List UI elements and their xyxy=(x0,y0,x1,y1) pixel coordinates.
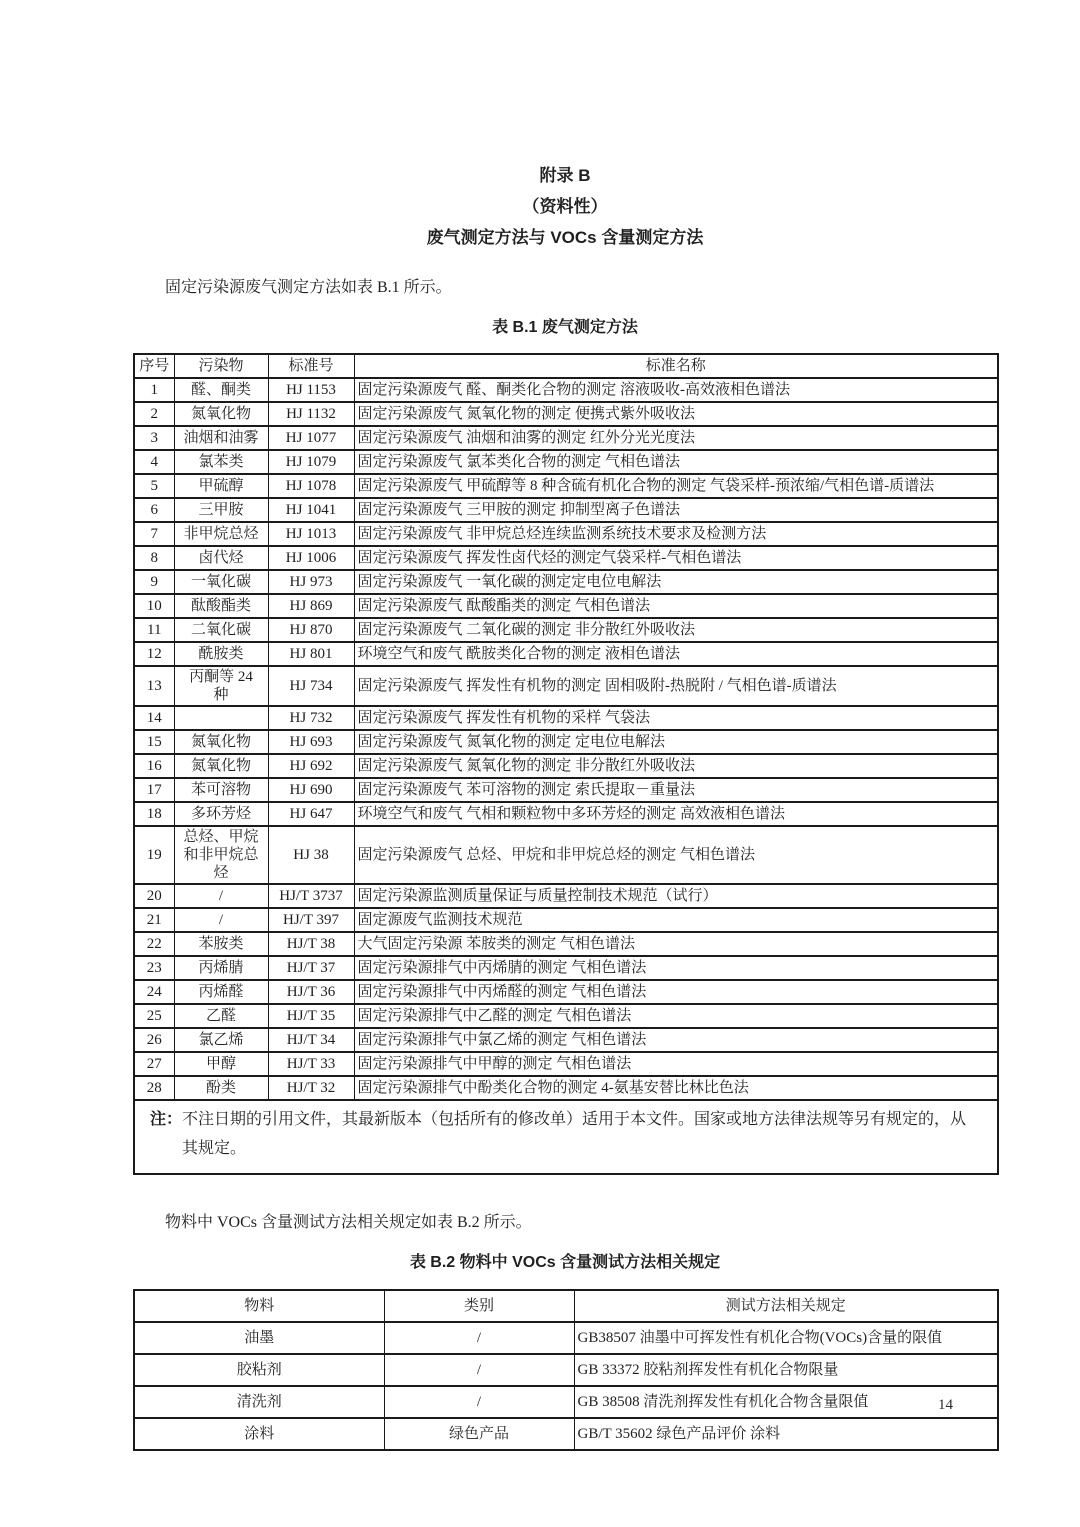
cell-seq: 14 xyxy=(134,706,174,730)
cell-material: 胶粘剂 xyxy=(134,1354,384,1386)
cell-seq: 12 xyxy=(134,642,174,666)
cell-standard-name: 固定污染源废气 总烃、甲烷和非甲烷总烃的测定 气相色谱法 xyxy=(354,826,998,884)
table-b2: 物料 类别 测试方法相关规定 油墨 / GB38507 油墨中可挥发性有机化合物… xyxy=(133,1289,999,1451)
cell-seq: 6 xyxy=(134,498,174,522)
cell-regulation: GB/T 35602 绿色产品评价 涂料 xyxy=(574,1418,998,1450)
cell-seq: 20 xyxy=(134,884,174,908)
table-row: 18 多环芳烃 HJ 647 环境空气和废气 气相和颗粒物中多环芳烃的测定 高效… xyxy=(134,802,998,826)
cell-pollutant: 多环芳烃 xyxy=(174,802,268,826)
cell-pollutant: 酰胺类 xyxy=(174,642,268,666)
cell-seq: 11 xyxy=(134,618,174,642)
cell-seq: 16 xyxy=(134,754,174,778)
cell-standard-name: 固定污染源排气中甲醇的测定 气相色谱法 xyxy=(354,1052,998,1076)
table1-header-standard-name: 标准名称 xyxy=(354,354,998,378)
cell-standard-no: HJ/T 33 xyxy=(268,1052,354,1076)
cell-pollutant: 乙醛 xyxy=(174,1004,268,1028)
table-row: 16 氮氧化物 HJ 692 固定污染源废气 氮氧化物的测定 非分散红外吸收法 xyxy=(134,754,998,778)
cell-standard-no: HJ 38 xyxy=(268,826,354,884)
cell-standard-no: HJ 692 xyxy=(268,754,354,778)
cell-pollutant: 氮氧化物 xyxy=(174,754,268,778)
table2-title: 表 B.2 物料中 VOCs 含量测试方法相关规定 xyxy=(133,1253,997,1273)
cell-standard-name: 固定污染源废气 氮氧化物的测定 定电位电解法 xyxy=(354,730,998,754)
cell-pollutant: 二氧化碳 xyxy=(174,618,268,642)
cell-standard-name: 固定污染源废气 苯可溶物的测定 索氏提取－重量法 xyxy=(354,778,998,802)
cell-standard-no: HJ 690 xyxy=(268,778,354,802)
cell-pollutant: 丙酮等 24 种 xyxy=(174,666,268,706)
cell-seq: 26 xyxy=(134,1028,174,1052)
cell-pollutant: / xyxy=(174,908,268,932)
cell-standard-no: HJ 801 xyxy=(268,642,354,666)
cell-standard-name: 固定污染源废气 氮氧化物的测定 非分散红外吸收法 xyxy=(354,754,998,778)
cell-standard-name: 固定污染源废气 油烟和油雾的测定 红外分光光度法 xyxy=(354,426,998,450)
cell-standard-no: HJ 647 xyxy=(268,802,354,826)
cell-standard-no: HJ 1013 xyxy=(268,522,354,546)
cell-seq: 8 xyxy=(134,546,174,570)
cell-standard-no: HJ/T 397 xyxy=(268,908,354,932)
cell-standard-name: 固定污染源废气 氯苯类化合物的测定 气相色谱法 xyxy=(354,450,998,474)
appendix-label: 附录 B xyxy=(133,166,997,186)
cell-seq: 27 xyxy=(134,1052,174,1076)
cell-standard-name: 环境空气和废气 酰胺类化合物的测定 液相色谱法 xyxy=(354,642,998,666)
cell-seq: 1 xyxy=(134,378,174,402)
cell-standard-name: 固定污染源废气 酞酸酯类的测定 气相色谱法 xyxy=(354,594,998,618)
table-row: 2 氮氧化物 HJ 1132 固定污染源废气 氮氧化物的测定 便携式紫外吸收法 xyxy=(134,402,998,426)
table1-note-section: 注：不注日期的引用文件，其最新版本（包括所有的修改单）适用于本文件。国家或地方法… xyxy=(134,1100,998,1174)
table-row: 19 总烃、甲烷和非甲烷总烃 HJ 38 固定污染源废气 总烃、甲烷和非甲烷总烃… xyxy=(134,826,998,884)
table1-header-standard-no: 标准号 xyxy=(268,354,354,378)
cell-standard-name: 固定污染源排气中酚类化合物的测定 4-氨基安替比林比色法 xyxy=(354,1076,998,1100)
cell-standard-no: HJ/T 3737 xyxy=(268,884,354,908)
cell-standard-no: HJ/T 35 xyxy=(268,1004,354,1028)
table-row: 1 醛、酮类 HJ 1153 固定污染源废气 醛、酮类化合物的测定 溶液吸收-高… xyxy=(134,378,998,402)
cell-standard-name: 固定污染源废气 非甲烷总烃连续监测系统技术要求及检测方法 xyxy=(354,522,998,546)
table1-body: 1 醛、酮类 HJ 1153 固定污染源废气 醛、酮类化合物的测定 溶液吸收-高… xyxy=(134,378,998,1100)
cell-pollutant xyxy=(174,706,268,730)
cell-seq: 7 xyxy=(134,522,174,546)
table-row: 21 / HJ/T 397 固定源废气监测技术规范 xyxy=(134,908,998,932)
cell-standard-name: 固定污染源排气中乙醛的测定 气相色谱法 xyxy=(354,1004,998,1028)
table-row: 23 丙烯腈 HJ/T 37 固定污染源排气中丙烯腈的测定 气相色谱法 xyxy=(134,956,998,980)
cell-pollutant: 醛、酮类 xyxy=(174,378,268,402)
cell-standard-no: HJ/T 34 xyxy=(268,1028,354,1052)
table1-header-pollutant: 污染物 xyxy=(174,354,268,378)
cell-standard-name: 固定污染源排气中丙烯醛的测定 气相色谱法 xyxy=(354,980,998,1004)
page-number: 14 xyxy=(938,1396,953,1414)
cell-seq: 4 xyxy=(134,450,174,474)
cell-standard-no: HJ 869 xyxy=(268,594,354,618)
cell-pollutant: 苯胺类 xyxy=(174,932,268,956)
table-row: 10 酞酸酯类 HJ 869 固定污染源废气 酞酸酯类的测定 气相色谱法 xyxy=(134,594,998,618)
document-page: 附录 B （资料性） 废气测定方法与 VOCs 含量测定方法 固定污染源废气测定… xyxy=(0,0,1080,1527)
cell-standard-no: HJ/T 37 xyxy=(268,956,354,980)
cell-standard-no: HJ/T 38 xyxy=(268,932,354,956)
cell-standard-name: 固定污染源监测质量保证与质量控制技术规范（试行） xyxy=(354,884,998,908)
cell-standard-no: HJ 1153 xyxy=(268,378,354,402)
cell-seq: 15 xyxy=(134,730,174,754)
cell-pollutant: 氮氧化物 xyxy=(174,730,268,754)
table-row: 5 甲硫醇 HJ 1078 固定污染源废气 甲硫醇等 8 种含硫有机化合物的测定… xyxy=(134,474,998,498)
cell-pollutant: 油烟和油雾 xyxy=(174,426,268,450)
cell-standard-no: HJ 973 xyxy=(268,570,354,594)
cell-pollutant: 氯乙烯 xyxy=(174,1028,268,1052)
cell-standard-name: 固定污染源废气 三甲胺的测定 抑制型离子色谱法 xyxy=(354,498,998,522)
table1-note-row: 注：不注日期的引用文件，其最新版本（包括所有的修改单）适用于本文件。国家或地方法… xyxy=(134,1100,998,1174)
cell-pollutant: 一氧化碳 xyxy=(174,570,268,594)
table-row: 11 二氧化碳 HJ 870 固定污染源废气 二氧化碳的测定 非分散红外吸收法 xyxy=(134,618,998,642)
intro-paragraph-table1: 固定污染源废气测定方法如表 B.1 所示。 xyxy=(133,278,997,298)
cell-standard-no: HJ 734 xyxy=(268,666,354,706)
cell-seq: 17 xyxy=(134,778,174,802)
cell-seq: 9 xyxy=(134,570,174,594)
table1-title: 表 B.1 废气测定方法 xyxy=(133,318,997,338)
table2-header-material: 物料 xyxy=(134,1290,384,1322)
cell-standard-no: HJ 870 xyxy=(268,618,354,642)
cell-pollutant: 氯苯类 xyxy=(174,450,268,474)
cell-seq: 13 xyxy=(134,666,174,706)
cell-seq: 24 xyxy=(134,980,174,1004)
table1-header-seq: 序号 xyxy=(134,354,174,378)
cell-standard-name: 固定污染源排气中丙烯腈的测定 气相色谱法 xyxy=(354,956,998,980)
cell-standard-name: 固定污染源废气 挥发性有机物的测定 固相吸附-热脱附 / 气相色谱-质谱法 xyxy=(354,666,998,706)
table-row: 27 甲醇 HJ/T 33 固定污染源排气中甲醇的测定 气相色谱法 xyxy=(134,1052,998,1076)
cell-standard-no: HJ 1132 xyxy=(268,402,354,426)
table-row: 17 苯可溶物 HJ 690 固定污染源废气 苯可溶物的测定 索氏提取－重量法 xyxy=(134,778,998,802)
cell-standard-name: 大气固定污染源 苯胺类的测定 气相色谱法 xyxy=(354,932,998,956)
cell-standard-name: 固定污染源废气 醛、酮类化合物的测定 溶液吸收-高效液相色谱法 xyxy=(354,378,998,402)
table-row: 7 非甲烷总烃 HJ 1013 固定污染源废气 非甲烷总烃连续监测系统技术要求及… xyxy=(134,522,998,546)
table-row: 24 丙烯醛 HJ/T 36 固定污染源排气中丙烯醛的测定 气相色谱法 xyxy=(134,980,998,1004)
cell-pollutant: 丙烯醛 xyxy=(174,980,268,1004)
cell-material: 油墨 xyxy=(134,1322,384,1354)
cell-seq: 21 xyxy=(134,908,174,932)
cell-category: / xyxy=(384,1386,574,1418)
cell-pollutant: 甲醇 xyxy=(174,1052,268,1076)
cell-standard-name: 固定污染源废气 一氧化碳的测定定电位电解法 xyxy=(354,570,998,594)
cell-standard-name: 固定污染源废气 挥发性有机物的采样 气袋法 xyxy=(354,706,998,730)
table-row: 12 酰胺类 HJ 801 环境空气和废气 酰胺类化合物的测定 液相色谱法 xyxy=(134,642,998,666)
cell-standard-no: HJ 732 xyxy=(268,706,354,730)
cell-material: 涂料 xyxy=(134,1418,384,1450)
cell-category: 绿色产品 xyxy=(384,1418,574,1450)
table-row: 26 氯乙烯 HJ/T 34 固定污染源排气中氯乙烯的测定 气相色谱法 xyxy=(134,1028,998,1052)
cell-standard-no: HJ/T 36 xyxy=(268,980,354,1004)
cell-standard-no: HJ/T 32 xyxy=(268,1076,354,1100)
table-row: 油墨 / GB38507 油墨中可挥发性有机化合物(VOCs)含量的限值 xyxy=(134,1322,998,1354)
table2-header-category: 类别 xyxy=(384,1290,574,1322)
cell-standard-name: 固定污染源排气中氯乙烯的测定 气相色谱法 xyxy=(354,1028,998,1052)
cell-pollutant: 甲硫醇 xyxy=(174,474,268,498)
table-row: 清洗剂 / GB 38508 清洗剂挥发性有机化合物含量限值 xyxy=(134,1386,998,1418)
appendix-informative-label: （资料性） xyxy=(133,197,997,217)
table-row: 13 丙酮等 24 种 HJ 734 固定污染源废气 挥发性有机物的测定 固相吸… xyxy=(134,666,998,706)
note-text: 不注日期的引用文件，其最新版本（包括所有的修改单）适用于本文件。国家或地方法律法… xyxy=(182,1105,970,1163)
table2-body: 油墨 / GB38507 油墨中可挥发性有机化合物(VOCs)含量的限值 胶粘剂… xyxy=(134,1322,998,1450)
table1-note: 注：不注日期的引用文件，其最新版本（包括所有的修改单）适用于本文件。国家或地方法… xyxy=(150,1105,989,1163)
table-row: 20 / HJ/T 3737 固定污染源监测质量保证与质量控制技术规范（试行） xyxy=(134,884,998,908)
table1-note-cell: 注：不注日期的引用文件，其最新版本（包括所有的修改单）适用于本文件。国家或地方法… xyxy=(134,1100,998,1174)
cell-standard-name: 固定污染源废气 甲硫醇等 8 种含硫有机化合物的测定 气袋采样-预浓缩/气相色谱… xyxy=(354,474,998,498)
table-row: 28 酚类 HJ/T 32 固定污染源排气中酚类化合物的测定 4-氨基安替比林比… xyxy=(134,1076,998,1100)
cell-standard-name: 固定污染源废气 二氧化碳的测定 非分散红外吸收法 xyxy=(354,618,998,642)
cell-standard-name: 固定污染源废气 挥发性卤代烃的测定气袋采样-气相色谱法 xyxy=(354,546,998,570)
table-row: 4 氯苯类 HJ 1079 固定污染源废气 氯苯类化合物的测定 气相色谱法 xyxy=(134,450,998,474)
cell-pollutant: 总烃、甲烷和非甲烷总烃 xyxy=(174,826,268,884)
cell-regulation: GB38507 油墨中可挥发性有机化合物(VOCs)含量的限值 xyxy=(574,1322,998,1354)
cell-standard-no: HJ 1077 xyxy=(268,426,354,450)
cell-seq: 2 xyxy=(134,402,174,426)
table-row: 22 苯胺类 HJ/T 38 大气固定污染源 苯胺类的测定 气相色谱法 xyxy=(134,932,998,956)
cell-seq: 25 xyxy=(134,1004,174,1028)
table-row: 8 卤代烃 HJ 1006 固定污染源废气 挥发性卤代烃的测定气袋采样-气相色谱… xyxy=(134,546,998,570)
cell-pollutant: 苯可溶物 xyxy=(174,778,268,802)
cell-category: / xyxy=(384,1354,574,1386)
table-row: 6 三甲胺 HJ 1041 固定污染源废气 三甲胺的测定 抑制型离子色谱法 xyxy=(134,498,998,522)
cell-category: / xyxy=(384,1322,574,1354)
table-row: 14 HJ 732 固定污染源废气 挥发性有机物的采样 气袋法 xyxy=(134,706,998,730)
table-row: 9 一氧化碳 HJ 973 固定污染源废气 一氧化碳的测定定电位电解法 xyxy=(134,570,998,594)
cell-regulation: GB 38508 清洗剂挥发性有机化合物含量限值 xyxy=(574,1386,998,1418)
cell-standard-no: HJ 1078 xyxy=(268,474,354,498)
cell-seq: 19 xyxy=(134,826,174,884)
cell-seq: 28 xyxy=(134,1076,174,1100)
table2-header-regulation: 测试方法相关规定 xyxy=(574,1290,998,1322)
table1-header-row: 序号 污染物 标准号 标准名称 xyxy=(134,354,998,378)
cell-pollutant: 酚类 xyxy=(174,1076,268,1100)
cell-pollutant: 酞酸酯类 xyxy=(174,594,268,618)
cell-pollutant: 丙烯腈 xyxy=(174,956,268,980)
table-row: 15 氮氧化物 HJ 693 固定污染源废气 氮氧化物的测定 定电位电解法 xyxy=(134,730,998,754)
appendix-title: 废气测定方法与 VOCs 含量测定方法 xyxy=(133,228,997,248)
cell-pollutant: / xyxy=(174,884,268,908)
intro-paragraph-table2: 物料中 VOCs 含量测试方法相关规定如表 B.2 所示。 xyxy=(133,1213,997,1233)
cell-standard-name: 固定污染源废气 氮氧化物的测定 便携式紫外吸收法 xyxy=(354,402,998,426)
table-row: 25 乙醛 HJ/T 35 固定污染源排气中乙醛的测定 气相色谱法 xyxy=(134,1004,998,1028)
cell-regulation: GB 33372 胶粘剂挥发性有机化合物限量 xyxy=(574,1354,998,1386)
cell-standard-no: HJ 1006 xyxy=(268,546,354,570)
cell-material: 清洗剂 xyxy=(134,1386,384,1418)
cell-pollutant: 卤代烃 xyxy=(174,546,268,570)
table-row: 涂料 绿色产品 GB/T 35602 绿色产品评价 涂料 xyxy=(134,1418,998,1450)
cell-standard-name: 固定源废气监测技术规范 xyxy=(354,908,998,932)
cell-seq: 22 xyxy=(134,932,174,956)
cell-seq: 5 xyxy=(134,474,174,498)
cell-seq: 18 xyxy=(134,802,174,826)
table2-header-row: 物料 类别 测试方法相关规定 xyxy=(134,1290,998,1322)
table-row: 胶粘剂 / GB 33372 胶粘剂挥发性有机化合物限量 xyxy=(134,1354,998,1386)
cell-standard-name: 环境空气和废气 气相和颗粒物中多环芳烃的测定 高效液相色谱法 xyxy=(354,802,998,826)
cell-standard-no: HJ 1041 xyxy=(268,498,354,522)
cell-pollutant: 非甲烷总烃 xyxy=(174,522,268,546)
cell-pollutant: 氮氧化物 xyxy=(174,402,268,426)
table-b1: 序号 污染物 标准号 标准名称 1 醛、酮类 HJ 1153 固定污染源废气 醛… xyxy=(133,353,999,1175)
cell-pollutant: 三甲胺 xyxy=(174,498,268,522)
cell-seq: 10 xyxy=(134,594,174,618)
table-row: 3 油烟和油雾 HJ 1077 固定污染源废气 油烟和油雾的测定 红外分光光度法 xyxy=(134,426,998,450)
cell-seq: 23 xyxy=(134,956,174,980)
cell-standard-no: HJ 693 xyxy=(268,730,354,754)
cell-standard-no: HJ 1079 xyxy=(268,450,354,474)
note-label: 注： xyxy=(150,1105,182,1163)
cell-seq: 3 xyxy=(134,426,174,450)
